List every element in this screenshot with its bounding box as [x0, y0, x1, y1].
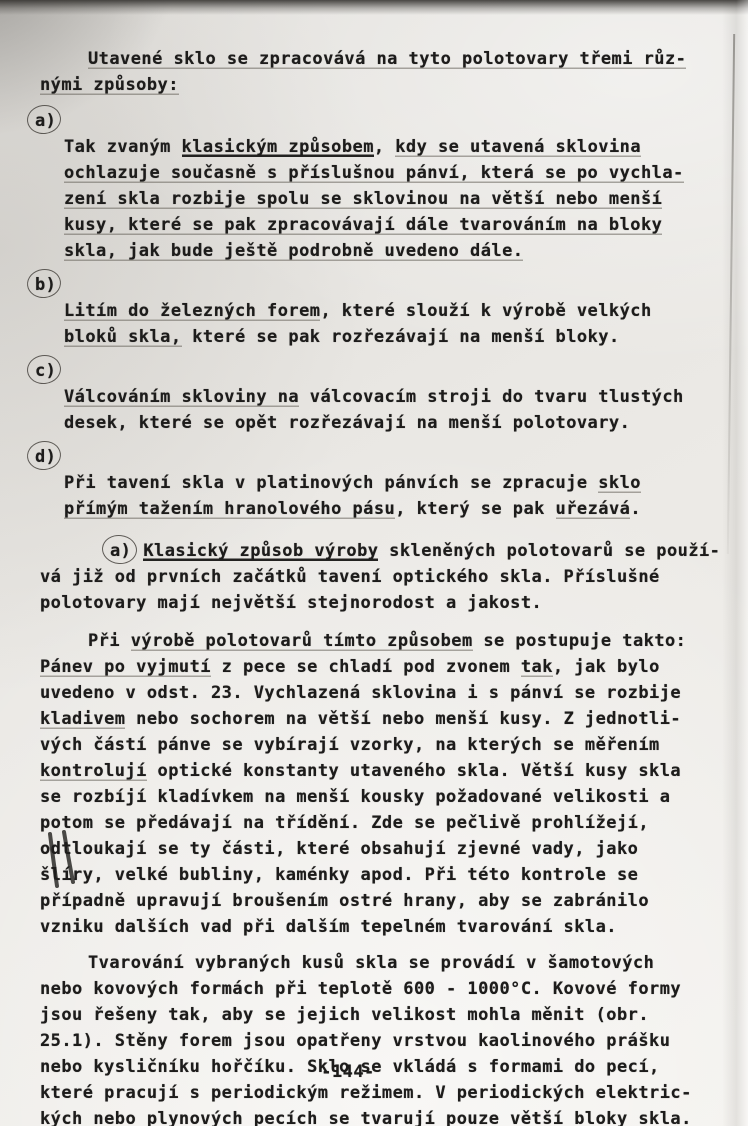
list-item: c)Válcováním skloviny na válcovacím stro… — [64, 358, 716, 436]
text-segment: klasickým způsobem — [182, 137, 374, 157]
list-marker: d) — [35, 444, 59, 470]
text-line: uvedeno v odst. 23. Vychlazená sklovina … — [40, 680, 716, 706]
text-segment: vých částí pánve se vybírají vzorky, na … — [40, 735, 660, 755]
text-segment: zení skla rozbije spolu se sklovinou na … — [64, 189, 662, 209]
list-marker: b) — [35, 272, 59, 298]
text-segment: přímým tažením hranolového pásu — [64, 499, 395, 519]
text-segment: Utavené sklo se zpracovává na tyto polot… — [88, 49, 686, 69]
text-segment: vzniku dalších vad při dalším tepelném t… — [40, 917, 617, 937]
text-line: Válcováním skloviny na válcovacím stroji… — [64, 384, 716, 410]
text-segment: kdy se utavená sklovina — [395, 137, 641, 157]
text-segment: tak — [521, 657, 553, 677]
text-segment: kladivem — [40, 709, 125, 729]
document-body: Utavené sklo se zpracovává na tyto polot… — [40, 46, 716, 1126]
text-line: kých nebo plynových pecích se tvarují po… — [40, 1106, 716, 1126]
text-segment: uvedeno v odst. 23. Vychlazená sklovina … — [40, 683, 681, 703]
text-segment: Při — [88, 631, 131, 651]
text-segment: bloků skla, — [64, 327, 182, 347]
text-line: polotovary mají největší stejnorodost a … — [40, 590, 716, 616]
text-segment: válcovacím stroji do tvaru tlustých — [299, 387, 684, 407]
paragraph: Utavené sklo se zpracovává na tyto polot… — [40, 46, 716, 98]
text-line: skla, jak bude ještě podrobně uvedeno dá… — [64, 238, 716, 264]
text-line: Utavené sklo se zpracovává na tyto polot… — [40, 46, 716, 72]
list-item: d)Při tavení skla v platinových pánvích … — [64, 444, 716, 522]
text-segment: kusy, které se pak zpracovávají dále tva… — [64, 215, 662, 235]
text-segment: nebo sochorem na větší nebo menší kusy. … — [125, 709, 681, 729]
text-line: ochlazuje současně s příslušnou pánví, k… — [64, 160, 716, 186]
text-segment: Klasický způsob výroby — [143, 541, 378, 561]
text-segment: skleněných polotovarů se použí- — [378, 541, 720, 561]
text-segment: skla, jak bude ještě podrobně uvedeno dá… — [64, 241, 523, 261]
text-line: vá již od prvních začátků tavení optické… — [40, 564, 716, 590]
text-line: Při tavení skla v platinových pánvích se… — [64, 470, 716, 496]
text-line: se rozbíjí kladívkem na menší kousky pož… — [40, 784, 716, 810]
scan-top-shadow — [0, 0, 748, 15]
text-segment: které se pak rozřezávají na menší bloky. — [182, 327, 620, 347]
text-segment: případně upravují broušením ostré hrany,… — [40, 891, 649, 911]
text-line: jsou řešeny tak, aby se jejich velikost … — [40, 1002, 716, 1028]
text-line: zení skla rozbije spolu se sklovinou na … — [64, 186, 716, 212]
text-segment: z pece se chladí pod zvonem — [211, 657, 521, 677]
text-segment: výrobě polotovarů tímto způsobem — [131, 631, 473, 651]
text-segment: se rozbíjí kladívkem na menší kousky pož… — [40, 787, 670, 807]
text-segment: optické konstanty utaveného skla. Větší … — [147, 761, 681, 781]
text-line: kladivem nebo sochorem na větší nebo men… — [40, 706, 716, 732]
text-line: potom se předávají na třídění. Zde se pe… — [40, 810, 716, 836]
text-segment: Tak zvaným — [64, 137, 182, 157]
text-segment: Tvarování vybraných kusů skla se provádí… — [88, 953, 654, 973]
paragraph: Tvarování vybraných kusů skla se provádí… — [40, 950, 716, 1126]
text-line: a)Klasický způsob výroby skleněných polo… — [40, 538, 716, 564]
text-line: šlíry, velké bubliny, kaménky apod. Při … — [40, 862, 716, 888]
list-item: b)Litím do železných forem, které slouží… — [64, 272, 716, 350]
list-marker: c) — [35, 358, 59, 384]
text-segment: Při tavení skla v platinových pánvích se… — [64, 473, 598, 493]
text-line: Pánev po vyjmutí z pece se chladí pod zv… — [40, 654, 716, 680]
text-segment: , který se pak — [395, 499, 555, 519]
list-item: a)Tak zvaným klasickým způsobem, kdy se … — [64, 108, 716, 264]
text-line: kusy, které se pak zpracovávají dále tva… — [64, 212, 716, 238]
text-segment: ochlazuje současně s příslušnou pánví, k… — [64, 163, 684, 183]
page-right-shade — [722, 0, 748, 1126]
text-line: nými způsoby: — [40, 72, 716, 98]
text-segment: , které slouží k výrobě velkých — [320, 301, 651, 321]
text-line: vých částí pánve se vybírají vzorky, na … — [40, 732, 716, 758]
text-line: které pracují s periodickým režimem. V p… — [40, 1080, 716, 1106]
text-segment: odtloukají se ty části, které obsahují z… — [40, 839, 638, 859]
text-segment: vá již od prvních začátků tavení optické… — [40, 567, 660, 587]
text-segment: . — [630, 499, 641, 519]
list-marker: a) — [35, 108, 59, 134]
text-line: Při výrobě polotovarů tímto způsobem se … — [40, 628, 716, 654]
text-segment: nebo kovových formách při teplotě 600 - … — [40, 979, 681, 999]
text-segment: kých nebo plynových pecích se tvarují po… — [40, 1109, 692, 1126]
text-line: případně upravují broušením ostré hrany,… — [40, 888, 716, 914]
section-marker: a) — [110, 538, 131, 564]
text-segment: nými způsoby: — [40, 75, 179, 95]
text-line: odtloukají se ty části, které obsahují z… — [40, 836, 716, 862]
text-line: Tvarování vybraných kusů skla se provádí… — [40, 950, 716, 976]
text-segment: kontrolují — [40, 761, 147, 781]
text-segment: potom se předávají na třídění. Zde se pe… — [40, 813, 649, 833]
text-segment: polotovary mají největší stejnorodost a … — [40, 593, 542, 613]
text-segment: šlíry, velké bubliny, kaménky apod. Při … — [40, 865, 638, 885]
text-segment: se postupuje takto: — [473, 631, 687, 651]
paragraph: a)Klasický způsob výroby skleněných polo… — [40, 538, 716, 616]
text-line: bloků skla, které se pak rozřezávají na … — [64, 324, 716, 350]
text-segment: uřezává — [556, 499, 631, 519]
text-line: 25.1). Stěny forem jsou opatřeny vrstvou… — [40, 1028, 716, 1054]
text-segment: , — [374, 137, 395, 157]
text-segment: Pánev po vyjmutí — [40, 657, 211, 677]
text-line: vzniku dalších vad při dalším tepelném t… — [40, 914, 716, 940]
page-number: -144- — [0, 1062, 722, 1082]
text-line: kontrolují optické konstanty utaveného s… — [40, 758, 716, 784]
scanned-page: Utavené sklo se zpracovává na tyto polot… — [0, 0, 748, 1126]
text-segment: sklo — [598, 473, 641, 493]
text-line: Tak zvaným klasickým způsobem, kdy se ut… — [64, 134, 716, 160]
text-segment: desek, které se opět rozřezávají na menš… — [64, 413, 630, 433]
text-line: nebo kovových formách při teplotě 600 - … — [40, 976, 716, 1002]
text-segment: které pracují s periodickým režimem. V p… — [40, 1083, 692, 1103]
text-segment: Válcováním skloviny na — [64, 387, 299, 407]
text-line: přímým tažením hranolového pásu, který s… — [64, 496, 716, 522]
text-segment: jsou řešeny tak, aby se jejich velikost … — [40, 1005, 649, 1025]
paragraph: Při výrobě polotovarů tímto způsobem se … — [40, 628, 716, 940]
text-line: desek, které se opět rozřezávají na menš… — [64, 410, 716, 436]
text-segment: 25.1). Stěny forem jsou opatřeny vrstvou… — [40, 1031, 670, 1051]
text-segment: , jak bylo — [553, 657, 660, 677]
text-line: Litím do železných forem, které slouží k… — [64, 298, 716, 324]
text-segment: Litím do železných forem — [64, 301, 320, 321]
